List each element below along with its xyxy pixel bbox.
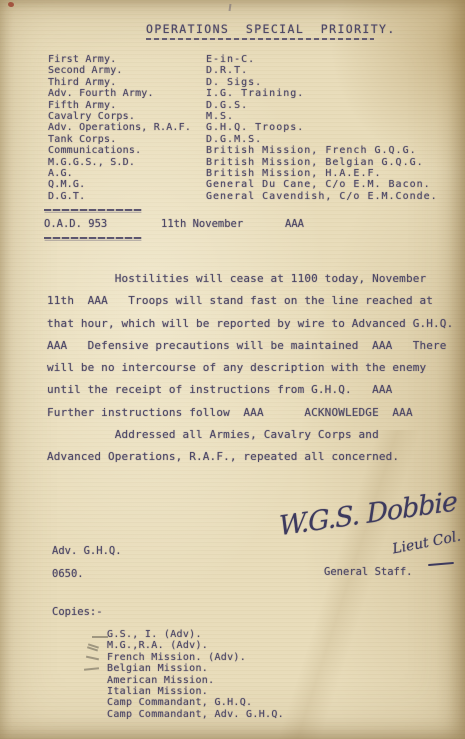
body-line: Addressed all Armies, Cavalry Corps and xyxy=(47,424,453,446)
recipient: I.G. Training. xyxy=(206,88,304,99)
body-line: Further instructions follow AAA ACKNOWLE… xyxy=(47,402,453,424)
addressee: Fifth Army. xyxy=(48,100,206,111)
distribution-row: M.G.G.S., S.D.British Mission, Belgian G… xyxy=(48,157,438,168)
distribution-row: Cavalry Corps.M.S. xyxy=(48,111,438,122)
origin-office: Adv. G.H.Q. xyxy=(52,545,122,557)
body-line: Hostilities will cease at 1100 today, No… xyxy=(47,268,453,290)
addressee: A.G. xyxy=(48,168,206,179)
recipient: E-in-C. xyxy=(206,54,255,65)
addressee: M.G.G.S., S.D. xyxy=(48,157,206,168)
recipient: D.R.T. xyxy=(206,65,248,76)
general-staff-label: General Staff. xyxy=(324,566,413,578)
distribution-row: First Army.E-in-C. xyxy=(48,54,438,65)
copies-list: G.S., I. (Adv). M.G.,R.A. (Adv). French … xyxy=(107,629,284,720)
distribution-row: Third Army.D. Sigs. xyxy=(48,77,438,88)
copies-item: G.S., I. (Adv). xyxy=(107,629,284,640)
red-speck xyxy=(8,2,14,7)
title-underline xyxy=(146,38,374,40)
recipient: General Du Cane, C/o E.M. Bacon. xyxy=(206,179,431,190)
distribution-list: First Army.E-in-C. Second Army.D.R.T. Th… xyxy=(48,54,438,202)
rule-top xyxy=(44,209,142,211)
distribution-row: Fifth Army.D.G.S. xyxy=(48,100,438,111)
recipient: British Mission, French G.Q.G. xyxy=(206,145,417,156)
recipient: D. Sigs. xyxy=(206,77,262,88)
dispatch-time: 0650. xyxy=(52,568,84,580)
copies-item: Camp Commandant, Adv. G.H.Q. xyxy=(107,709,284,720)
body-line: until the receipt of instructions from G… xyxy=(47,379,453,401)
copies-item: Belgian Mission. xyxy=(107,663,284,674)
copies-item: American Mission. xyxy=(107,675,284,686)
document-page: OPERATIONS SPECIAL PRIORITY. First Army.… xyxy=(0,0,465,739)
reference-date: 11th November xyxy=(161,218,243,230)
addressee: Cavalry Corps. xyxy=(48,111,206,122)
body-line: that hour, which will be reported by wir… xyxy=(47,313,453,335)
addressee: Third Army. xyxy=(48,77,206,88)
body-line: 11th AAA Troops will stand fast on the l… xyxy=(47,290,453,312)
addressee: Communications. xyxy=(48,145,206,156)
body-line: will be no intercourse of any descriptio… xyxy=(47,357,453,379)
body-line: Advanced Operations, R.A.F., repeated al… xyxy=(47,446,453,468)
copies-heading: Copies:- xyxy=(52,606,103,618)
ink-speck xyxy=(229,4,232,11)
reference-number: O.A.D. 953 xyxy=(44,218,107,230)
addressee: First Army. xyxy=(48,54,206,65)
recipient: D.G.M.S. xyxy=(206,134,262,145)
copies-item: M.G.,R.A. (Adv). xyxy=(107,640,284,651)
reference-aaa: AAA xyxy=(285,218,304,230)
addressee: Q.M.G. xyxy=(48,179,206,190)
distribution-row: Communications.British Mission, French G… xyxy=(48,145,438,156)
recipient: General Cavendish, C/o E.M.Conde. xyxy=(206,191,438,202)
copies-item: Italian Mission. xyxy=(107,686,284,697)
recipient: G.H.Q. Troops. xyxy=(206,122,304,133)
addressee: D.G.T. xyxy=(48,191,206,202)
addressee: Tank Corps. xyxy=(48,134,206,145)
pencil-mark xyxy=(84,667,99,670)
distribution-row: Adv. Operations, R.A.F.G.H.Q. Troops. xyxy=(48,122,438,133)
rule-bottom xyxy=(44,237,142,239)
body-line: AAA Defensive precautions will be mainta… xyxy=(47,335,453,357)
copies-item: Camp Commandant, G.H.Q. xyxy=(107,697,284,708)
pencil-mark xyxy=(86,656,99,660)
distribution-row: Second Army.D.R.T. xyxy=(48,65,438,76)
distribution-row: Adv. Fourth Army.I.G. Training. xyxy=(48,88,438,99)
distribution-row: Tank Corps.D.G.M.S. xyxy=(48,134,438,145)
pencil-mark xyxy=(92,636,108,638)
distribution-row: Q.M.G.General Du Cane, C/o E.M. Bacon. xyxy=(48,179,438,190)
message-body: Hostilities will cease at 1100 today, No… xyxy=(47,268,453,469)
rank-underline-mark xyxy=(428,562,454,567)
distribution-row: D.G.T.General Cavendish, C/o E.M.Conde. xyxy=(48,191,438,202)
handwritten-rank: Lieut Col. xyxy=(391,529,462,558)
copies-item: French Mission. (Adv). xyxy=(107,652,284,663)
addressee: Adv. Operations, R.A.F. xyxy=(48,122,206,133)
recipient: M.S. xyxy=(206,111,234,122)
addressee: Second Army. xyxy=(48,65,206,76)
addressee: Adv. Fourth Army. xyxy=(48,88,206,99)
document-title: OPERATIONS SPECIAL PRIORITY. xyxy=(146,22,396,36)
recipient: D.G.S. xyxy=(206,100,248,111)
recipient: British Mission, Belgian G.Q.G. xyxy=(206,157,424,168)
distribution-row: A.G.British Mission, H.A.E.F. xyxy=(48,168,438,179)
recipient: British Mission, H.A.E.F. xyxy=(206,168,382,179)
pencil-mark xyxy=(88,643,99,648)
